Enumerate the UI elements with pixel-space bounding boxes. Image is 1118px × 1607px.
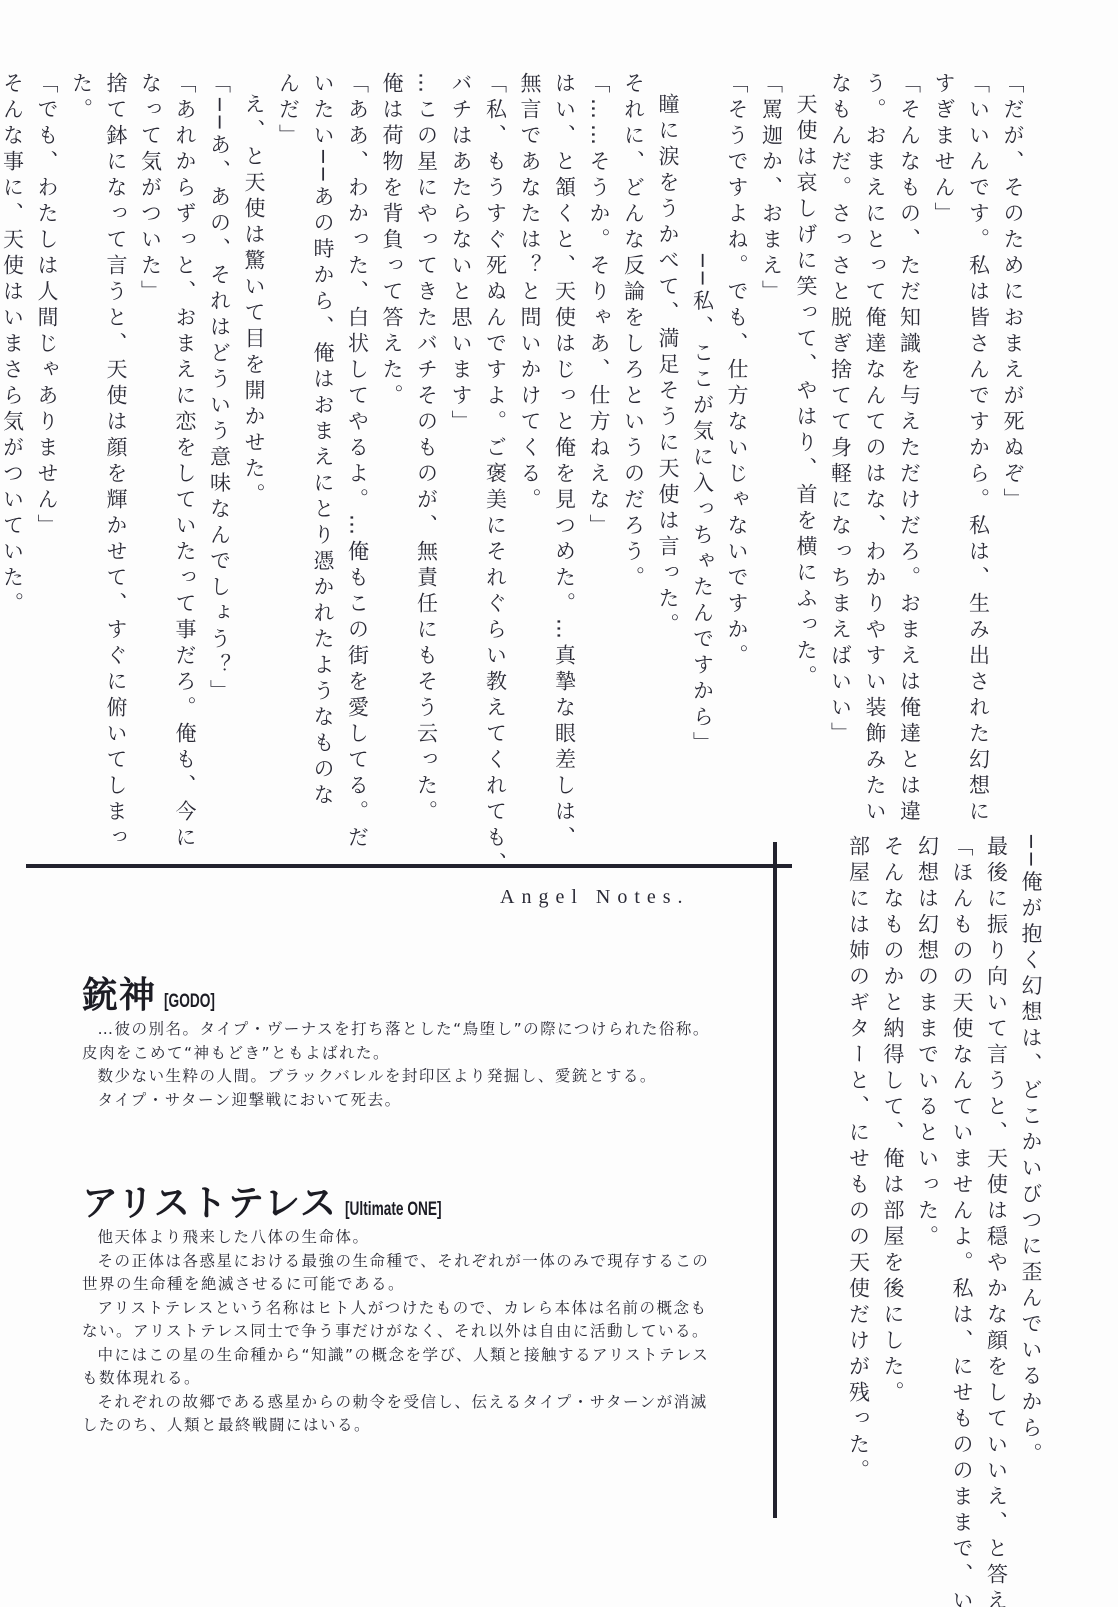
text-column: 「でも、わたしは人間じゃありません」: [30, 72, 65, 752]
horizontal-rule: [26, 864, 792, 868]
text-column: 俺は荷物を背負って答えた。: [375, 72, 410, 752]
vertical-rule: [773, 842, 777, 1518]
text-column: 「私、もうすぐ死ぬんですよ。ご褒美にそれぐらい教えてくれても、: [478, 72, 513, 752]
notes-title: Angel Notes.: [500, 886, 690, 909]
text-column: それに、どんな反論をしろというのだろう。: [616, 72, 651, 752]
text-column: 部屋には姉のギターと、にせものの天使だけが残った。: [841, 835, 876, 1535]
text-column: そんなものかと納得して、俺は部屋を後にした。: [876, 835, 911, 1535]
text-column: 「だが、そのためにおまえが死ぬぞ」: [996, 72, 1031, 752]
text-column: 「そんなもの、ただ知識を与えただけだろ。おまえは俺達とは違: [892, 72, 927, 752]
entry-paragraph: アリストテレスという名称はヒト人がつけたもので、カレら本体は名前の概念もない。ア…: [82, 1297, 722, 1344]
text-column: 捨て鉢になって言うと、天使は顔を輝かせて、すぐに俯いてしまっ: [99, 72, 134, 752]
entry-name: アリストテレス: [82, 1175, 337, 1226]
text-column: 「そうですよね。でも、仕方ないじゃないですか。: [720, 72, 755, 752]
text-column: 「……そうか。そりゃあ、仕方ねえな」: [582, 72, 617, 752]
text-column: 「あれからずっと、おまえに恋をしていたって事だろ。俺も、今に: [168, 72, 203, 752]
entry-body: …彼の別名。タイプ・ヴーナスを打ち落とした“鳥堕し”の際につけられた俗称。皮肉を…: [82, 1018, 722, 1112]
text-column: …この星にやってきたバチそのものが、無責任にもそう云った。: [409, 72, 444, 752]
text-column: すぎません」: [927, 72, 962, 752]
text-column: 天使は哀しげに笑って、やはり、首を横にふった。: [789, 72, 824, 752]
text-column: え、と天使は驚いて目を開かせた。: [237, 72, 272, 752]
text-column: た。: [64, 72, 99, 752]
story-text-top: 「だが、そのためにおまえが死ぬぞ」「いいんです。私は皆さんですから。私は、生み出…: [0, 72, 1030, 752]
text-column: 無言であなたは？と問いかけてくる。: [513, 72, 548, 752]
text-column: 「ああ、わかった、白状してやるよ。…俺もこの街を愛してる。だ: [340, 72, 375, 752]
text-column: 「いいんです。私は皆さんですから。私は、生み出された幻想に: [961, 72, 996, 752]
text-column: 瞳に涙をうかべて、満足そうに天使は言った。: [651, 72, 686, 752]
text-column: 「──あ、あの、それはどういう意味なんでしょう？」: [202, 72, 237, 752]
entry-paragraph: 他天体より飛来した八体の生命体。: [82, 1226, 722, 1250]
text-column: なって気がついた」: [133, 72, 168, 752]
text-column: 「ほんものの天使なんていませんよ。私は、にせもののままで、いいです」: [945, 835, 980, 1535]
text-column: う。おまえにとって俺達なんてのはな、わかりやすい装飾みたい: [858, 72, 893, 752]
entry-name: 銃神: [82, 967, 156, 1018]
text-column: そんな事に、天使はいまさら気がついていた。: [0, 72, 30, 752]
entry-paragraph: それぞれの故郷である惑星からの勅令を受信し、伝えるタイプ・サターンが消滅したのち…: [82, 1391, 722, 1438]
text-column: 幻想は幻想のままでいるといった。: [910, 835, 945, 1535]
text-column: バチはあたらないと思います」: [444, 72, 479, 752]
entry-body: 他天体より飛来した八体の生命体。 その正体は各惑星における最強の生命種で、それぞ…: [82, 1226, 722, 1438]
entry-paragraph: その正体は各惑星における最強の生命種で、それぞれが一体のみで現存するこの世界の生…: [82, 1250, 722, 1297]
entry-paragraph: …彼の別名。タイプ・ヴーナスを打ち落とした“鳥堕し”の際につけられた俗称。皮肉を…: [82, 1018, 722, 1065]
text-column: 「罵迦か、おまえ」: [754, 72, 789, 752]
note-entry-aristoteles: アリストテレス [Ultimate ONE] 他天体より飛来した八体の生命体。 …: [82, 1175, 722, 1438]
text-column: ──私、ここが気に入っちゃたんですから」: [685, 72, 720, 752]
entry-paragraph: タイプ・サターン迎撃戦において死去。: [82, 1089, 722, 1113]
entry-alias: [Ultimate ONE]: [345, 1199, 442, 1221]
text-column: んだ」: [271, 72, 306, 752]
note-entry-godo: 銃神 [GODO] …彼の別名。タイプ・ヴーナスを打ち落とした“鳥堕し”の際につ…: [82, 967, 722, 1112]
entry-alias: [GODO]: [164, 991, 215, 1013]
text-column: いたい──あの時から、俺はおまえにとり憑かれたようなものな: [306, 72, 341, 752]
entry-paragraph: 中にはこの星の生命種から“知識”の概念を学び、人類と接触するアリストテレスも数体…: [82, 1344, 722, 1391]
text-column: なもんだ。さっさと脱ぎ捨てて身軽になっちまえばいい」: [823, 72, 858, 752]
text-column: ──俺が抱く幻想は、どこかいびつに歪んでいるから。: [1014, 835, 1049, 1535]
text-column: はい、と頷くと、天使はじっと俺を見つめた。…真摯な眼差しは、: [547, 72, 582, 752]
story-text-bottom-right: ──俺が抱く幻想は、どこかいびつに歪んでいるから。最後に振り向いて言うと、天使は…: [841, 835, 1048, 1535]
text-column: 最後に振り向いて言うと、天使は穏やかな顔をしていいえ、と答えた。: [979, 835, 1014, 1535]
entry-paragraph: 数少ない生粋の人間。ブラックバレルを封印区より発掘し、愛銃とする。: [82, 1065, 722, 1089]
